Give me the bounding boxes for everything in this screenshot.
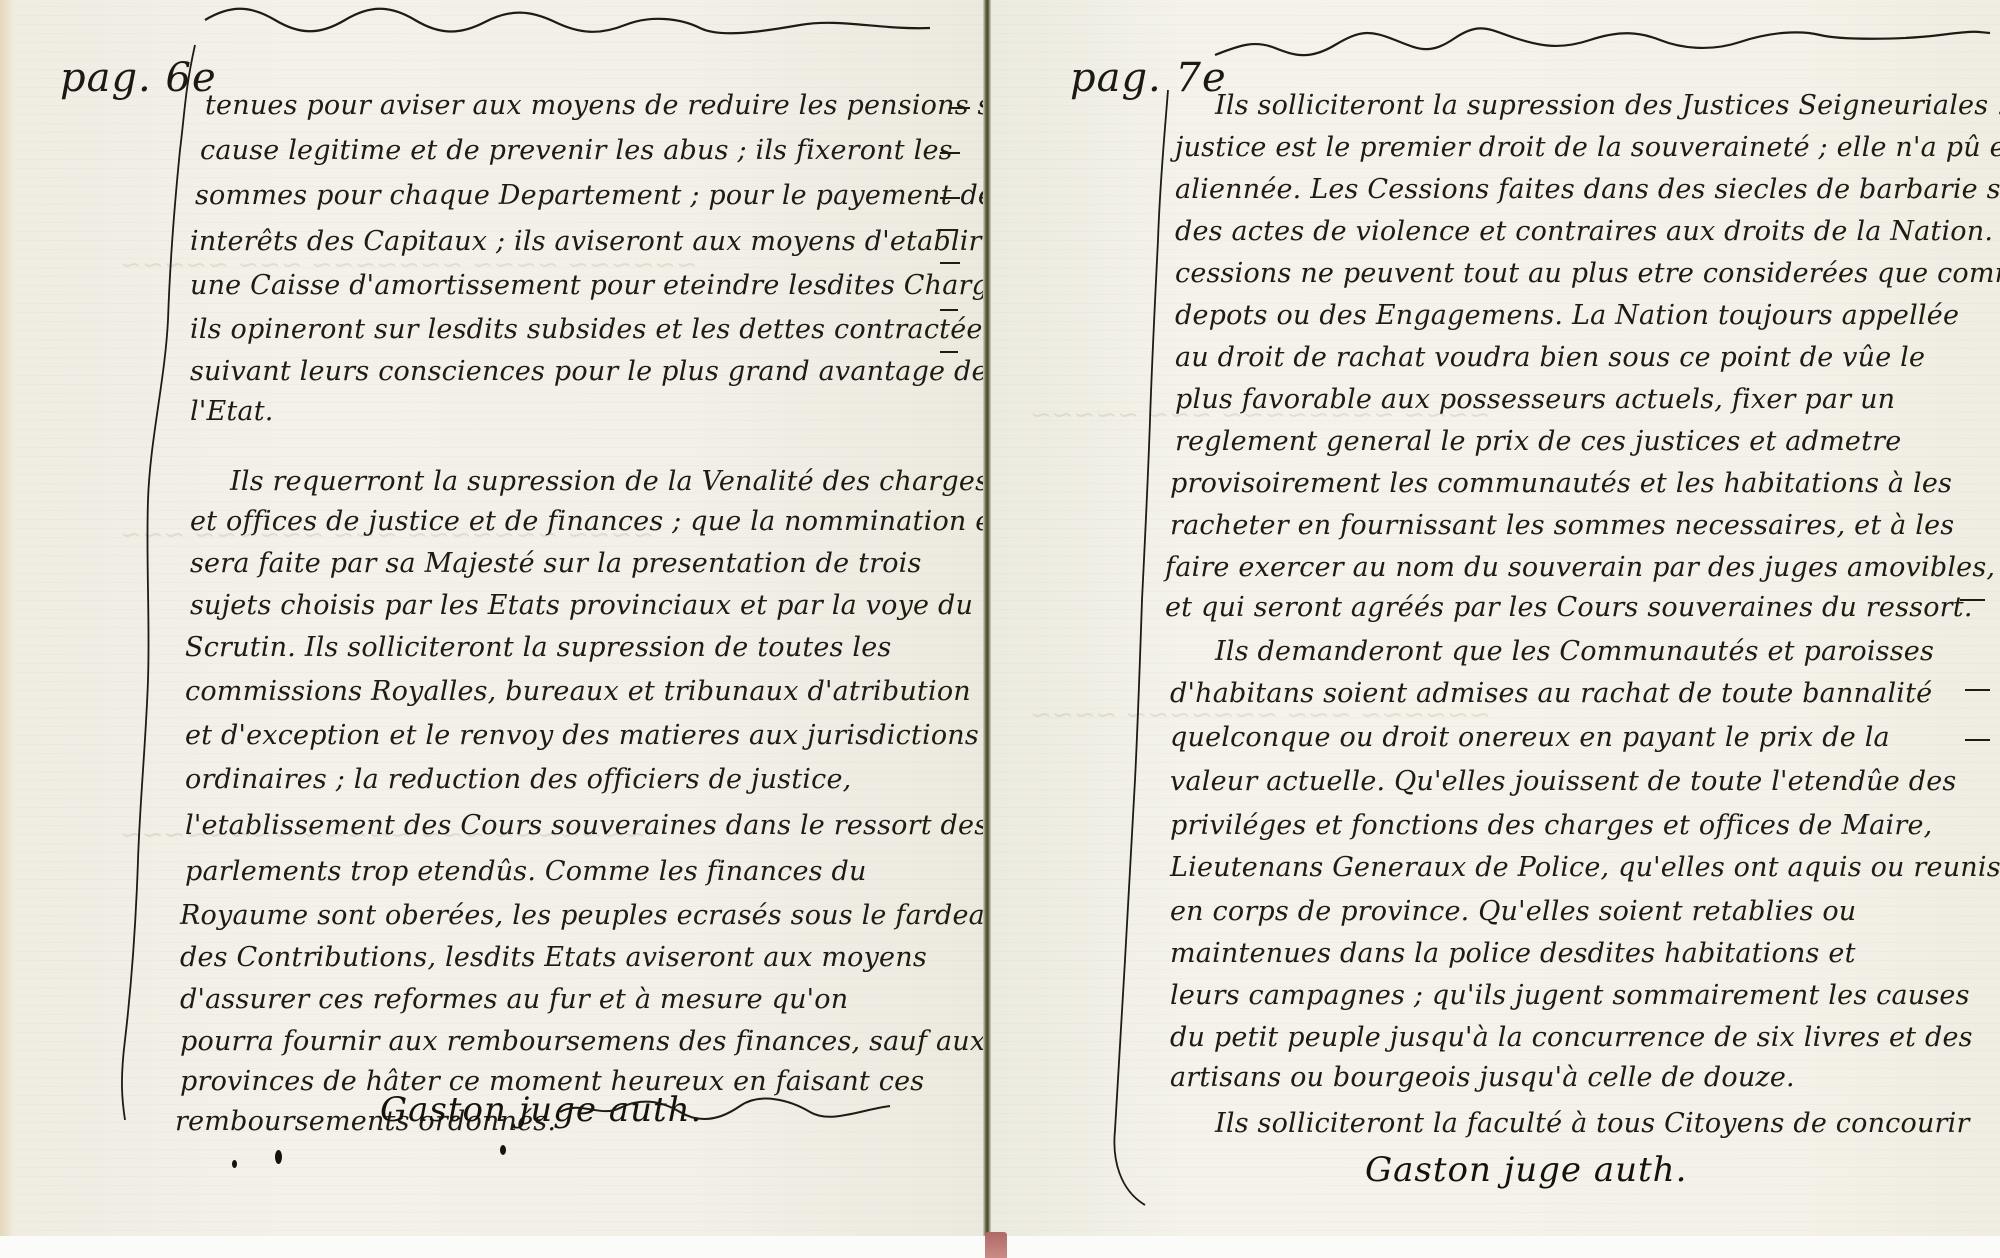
text-line: reglement general le prix de ces justice… [1175,426,1901,457]
book-spine [983,0,991,1258]
text-line: Ils demanderont que les Communautés et p… [1215,636,1934,667]
left-page: ~~~~~~ ~~~~ ~~~~~~~ ~~~ ~~~~~ ~~~~ ~~~~~… [0,0,985,1258]
signature: Gaston juge auth. [1365,1150,1687,1190]
text-line: sujets choisis par les Etats provinciaux… [190,590,973,621]
text-line: des Contributions, lesdits Etats avisero… [180,942,927,973]
text-line: interêts des Capitaux ; ils aviseront au… [190,226,982,257]
text-line: suivant leurs consciences pour le plus g… [190,356,985,387]
text-line: une Caisse d'amortissement pour eteindre… [190,270,985,301]
text-line: plus favorable aux possesseurs actuels, … [1175,384,1895,415]
text-line: Ils solliciteront la faculté à tous Cito… [1215,1108,1970,1139]
page-edge [0,0,12,1258]
text-line: au droit de rachat voudra bien sous ce p… [1175,342,1925,373]
text-line: d'assurer ces reformes au fur et à mesur… [180,984,848,1015]
text-line: pourra fournir aux remboursemens des fin… [180,1026,985,1057]
text-line: parlements trop etendûs. Comme les finan… [185,856,867,887]
text-line: l'etablissement des Cours souveraines da… [185,810,985,841]
text-line: provisoirement les communautés et les ha… [1170,468,1952,499]
binding-ribbon [985,1232,1007,1258]
text-line: et offices de justice et de finances ; q… [190,506,985,537]
page-number: pag. 6e [60,55,217,101]
text-line: Royaume sont oberées, les peuples ecrasé… [180,900,985,931]
text-line: Ils solliciteront la supression des Just… [1215,90,2000,121]
ink-blot [500,1145,506,1155]
text-line: l'Etat. [190,396,274,427]
text-line: sommes pour chaque Departement ; pour le… [195,180,985,211]
text-line: cessions ne peuvent tout au plus etre co… [1175,258,2000,289]
text-line: Ils requerront la supression de la Venal… [230,466,985,497]
text-line: sera faite par sa Majesté sur la present… [190,548,922,579]
text-line: du petit peuple jusqu'à la concurrence d… [1170,1022,1973,1053]
text-line: et qui seront agréés par les Cours souve… [1165,592,1973,623]
text-line: Lieutenans Generaux de Police, qu'elles … [1170,852,2000,883]
text-line: depots ou des Engagemens. La Nation touj… [1175,300,1959,331]
text-line: cause legitime et de prevenir les abus ;… [200,135,953,166]
text-line: ils opineront sur lesdits subsides et le… [190,314,985,345]
text-line: des actes de violence et contraires aux … [1175,216,2000,247]
text-line: racheter en fournissant les sommes neces… [1170,510,1954,541]
text-line: ordinaires ; la reduction des officiers … [185,764,851,795]
text-line: commissions Royalles, bureaux et tribuna… [185,676,971,707]
text-line: tenues pour aviser aux moyens de reduire… [205,90,985,121]
text-line: faire exercer au nom du souverain par de… [1165,552,1995,583]
text-line: artisans ou bourgeois jusqu'à celle de d… [1170,1062,1795,1093]
ink-blot [232,1160,237,1168]
signature: Gaston juge auth. [380,1090,702,1130]
text-line: valeur actuelle. Qu'elles jouissent de t… [1170,766,1956,797]
text-line: d'habitans soient admises au rachat de t… [1170,678,1932,709]
page-number: pag. 7e [1070,55,1227,101]
text-line: leurs campagnes ; qu'ils jugent sommaire… [1170,980,1970,1011]
bottom-margin [0,1236,2000,1258]
text-line: quelconque ou droit onereux en payant le… [1170,722,1890,753]
ink-blot [275,1150,282,1164]
text-line: et d'exception et le renvoy des matieres… [185,720,979,751]
right-page: ~~~~ ~~~~~~~~ ~~~ ~~~~~ ~~~~~~ ~~~ ~~~~~… [990,0,2000,1258]
text-line: aliennée. Les Cessions faites dans des s… [1175,174,2000,205]
text-line: justice est le premier droit de la souve… [1175,132,2000,163]
text-line: priviléges et fonctions des charges et o… [1170,810,1932,841]
text-line: en corps de province. Qu'elles soient re… [1170,896,1856,927]
text-line: maintenues dans la police desdites habit… [1170,938,1856,969]
text-line: Scrutin. Ils solliciteront la supression… [185,632,891,663]
